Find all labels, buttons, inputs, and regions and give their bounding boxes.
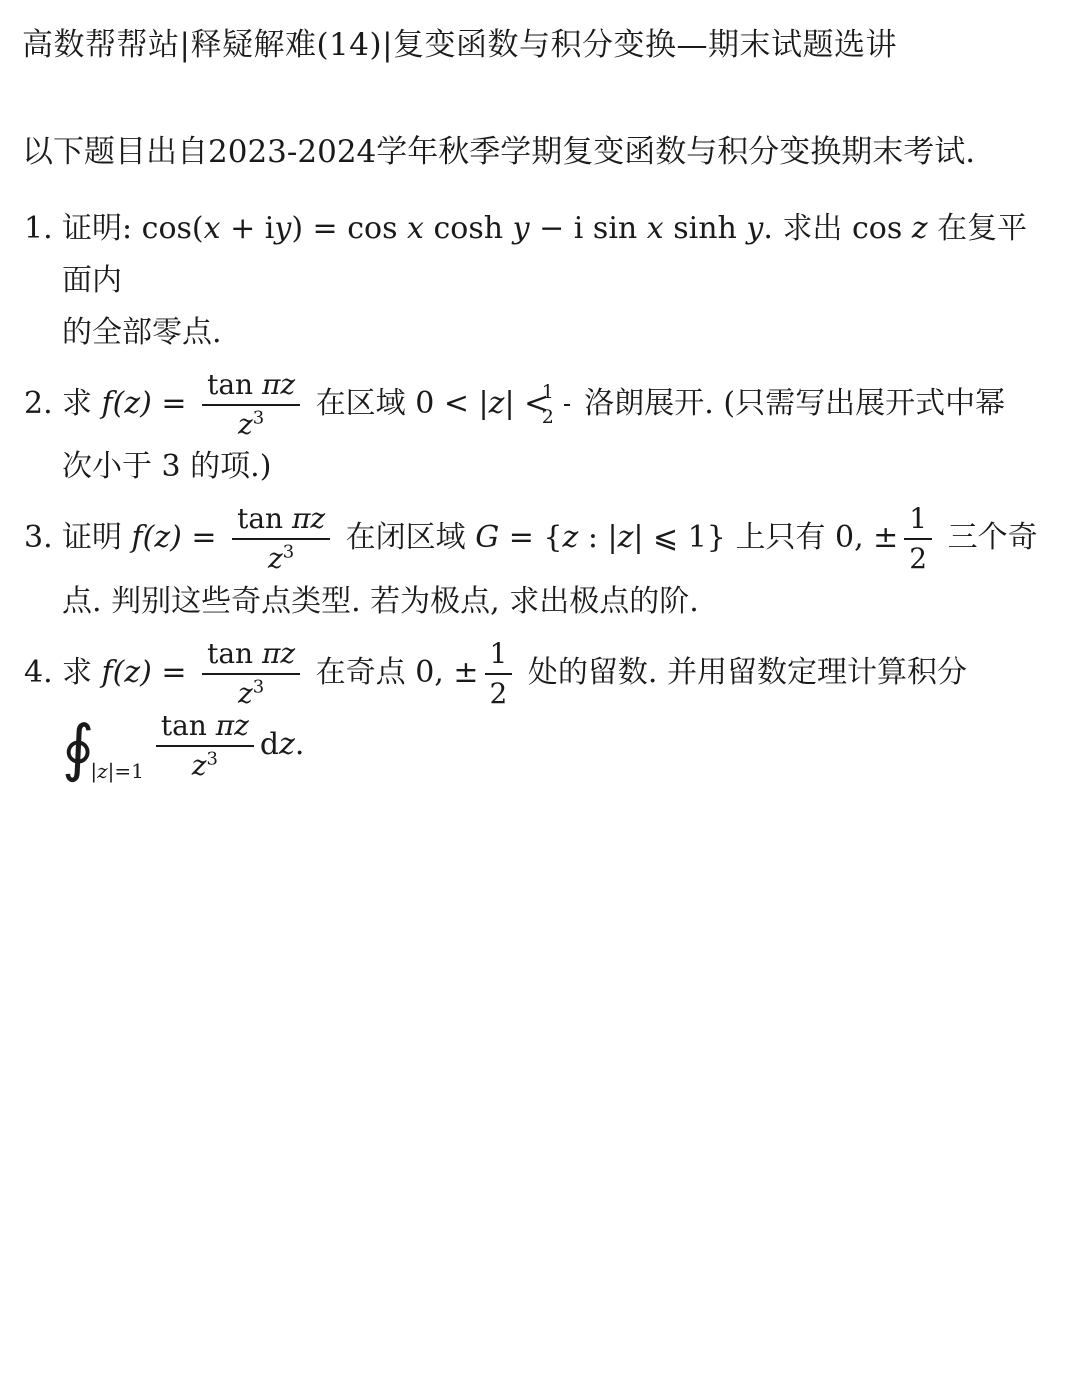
math-run: z bbox=[562, 520, 578, 555]
math-run: = bbox=[152, 386, 196, 421]
superscript-3: 3 bbox=[253, 676, 264, 697]
math-run: . bbox=[295, 727, 305, 762]
fraction-numerator: tan πz bbox=[232, 503, 330, 540]
math-run: z bbox=[97, 759, 108, 783]
math-run: | ⩽ 1} bbox=[633, 520, 726, 555]
problem-4: 4.求 f(z) = tan πzz3 在奇点 0, ±12 处的留数. 并用留… bbox=[24, 638, 1042, 783]
fraction-tan-piz-over-z3: tan πzz3 bbox=[156, 710, 254, 782]
math-run: tan bbox=[237, 502, 292, 535]
math-run: πz bbox=[216, 709, 249, 742]
math-run: + i bbox=[221, 211, 275, 246]
math-run: tan bbox=[207, 368, 262, 401]
text-run: 在闭区域 bbox=[336, 520, 475, 555]
math-run: πz bbox=[262, 368, 295, 401]
fraction-tan-piz-over-z3: tan πzz3 bbox=[202, 638, 300, 710]
math-run: z bbox=[912, 211, 928, 246]
document-page: 高数帮帮站|释疑解难(14)|复变函数与积分变换—期末试题选讲 以下题目出自20… bbox=[0, 0, 1080, 1397]
fraction-denominator: z3 bbox=[156, 747, 254, 782]
problem-1-line-2: 的全部零点. bbox=[62, 307, 1042, 359]
math-run: cos( bbox=[142, 211, 204, 246]
text-run: 证明: bbox=[62, 211, 142, 246]
problem-3-number: 3. bbox=[24, 512, 62, 564]
fraction-numerator: 1 bbox=[485, 638, 513, 675]
fraction-tan-piz-over-z3: tan πzz3 bbox=[232, 503, 330, 575]
text-run: 的全部零点. bbox=[62, 315, 222, 350]
fraction-denominator: z3 bbox=[202, 675, 300, 710]
problem-4-number: 4. bbox=[24, 647, 62, 699]
text-run: 证明 bbox=[62, 520, 132, 555]
problem-2-line-2: 次小于 3 的项.) bbox=[62, 441, 1042, 493]
problem-2-line-1: 2.求 f(z) = tan πzz3 在区域 0 < |z| < 12 洛朗展… bbox=[62, 369, 1042, 441]
fraction-denominator: 2 bbox=[564, 406, 570, 428]
problem-1: 1.证明: cos(x + iy) = cos x cosh y − i sin… bbox=[24, 203, 1042, 359]
math-run: z bbox=[268, 542, 283, 575]
math-run: = bbox=[182, 520, 226, 555]
math-run: y bbox=[274, 211, 291, 246]
text-run: 在区域 bbox=[306, 386, 415, 421]
problem-4-line-2: ∮|z|=1tan πzz3dz. bbox=[62, 710, 1042, 782]
math-run: 0, ± bbox=[415, 655, 478, 690]
fraction-numerator: 1 bbox=[904, 503, 932, 540]
math-run: x bbox=[407, 211, 433, 246]
fraction-denominator: z3 bbox=[232, 540, 330, 575]
math-run: tan bbox=[207, 637, 262, 670]
math-run: x bbox=[204, 211, 221, 246]
problem-2-number: 2. bbox=[24, 378, 62, 430]
page-title: 高数帮帮站|释疑解难(14)|复变函数与积分变换—期末试题选讲 bbox=[22, 24, 1042, 67]
problem-1-number: 1. bbox=[24, 203, 62, 255]
fraction-numerator: tan πz bbox=[156, 710, 254, 747]
math-run: f(z) bbox=[102, 386, 152, 421]
text-run: 处的留数. 并用留数定理计算积分 bbox=[518, 655, 967, 690]
fraction-numerator: tan πz bbox=[202, 369, 300, 406]
fraction-one-half: 12 bbox=[485, 638, 513, 710]
text-run: 求出 bbox=[782, 211, 852, 246]
math-run: z bbox=[238, 408, 253, 441]
math-run: . bbox=[763, 211, 782, 246]
problem-3-line-2: 点. 判别这些奇点类型. 若为极点, 求出极点的阶. bbox=[62, 576, 1042, 628]
math-run: 0 < | bbox=[415, 386, 488, 421]
math-run: = { bbox=[499, 520, 562, 555]
problem-3-line-1: 3.证明 f(z) = tan πzz3 在闭区域 G = {z : |z| ⩽… bbox=[62, 503, 1042, 575]
text-run: 点. 判别这些奇点类型. 若为极点, 求出极点的阶. bbox=[62, 584, 699, 619]
fraction-denominator: z3 bbox=[202, 406, 300, 441]
text-run: 次小于 3 的项.) bbox=[62, 449, 271, 484]
superscript-3: 3 bbox=[253, 408, 264, 429]
problem-3: 3.证明 f(z) = tan πzz3 在闭区域 G = {z : |z| ⩽… bbox=[24, 503, 1042, 627]
math-run: y bbox=[746, 211, 763, 246]
math-run: πz bbox=[262, 637, 295, 670]
problem-4-line-1: 4.求 f(z) = tan πzz3 在奇点 0, ±12 处的留数. 并用留… bbox=[62, 638, 1042, 710]
math-run: : | bbox=[578, 520, 617, 555]
math-run: − i sin bbox=[530, 211, 647, 246]
fraction-denominator: 2 bbox=[485, 675, 513, 710]
fraction-numerator: 1 bbox=[564, 382, 570, 406]
problem-list: 1.证明: cos(x + iy) = cos x cosh y − i sin… bbox=[22, 203, 1042, 783]
intro-text: 以下题目出自2023-2024学年秋季学期复变函数与积分变换期末考试. bbox=[22, 131, 1042, 174]
math-run: z bbox=[618, 520, 634, 555]
math-run: |=1 bbox=[108, 759, 144, 783]
fraction-tan-piz-over-z3: tan πzz3 bbox=[202, 369, 300, 441]
math-run: πz bbox=[292, 502, 325, 535]
text-run: 在奇点 bbox=[306, 655, 415, 690]
math-run: G bbox=[475, 520, 499, 555]
problem-2: 2.求 f(z) = tan πzz3 在区域 0 < |z| < 12 洛朗展… bbox=[24, 369, 1042, 493]
math-run: f(z) bbox=[102, 655, 152, 690]
fraction-denominator: 2 bbox=[904, 540, 932, 575]
math-run: z bbox=[192, 749, 207, 782]
fraction-one-half-small: 12 bbox=[564, 382, 570, 428]
math-run: sinh bbox=[673, 211, 746, 246]
math-run: z bbox=[279, 727, 295, 762]
math-run: 0, ± bbox=[835, 520, 898, 555]
integral-subscript: |z|=1 bbox=[90, 759, 144, 783]
math-run: x bbox=[647, 211, 673, 246]
math-run: cosh bbox=[434, 211, 513, 246]
math-run: ) = cos bbox=[291, 211, 407, 246]
superscript-3: 3 bbox=[283, 542, 294, 563]
text-run: 求 bbox=[62, 655, 102, 690]
math-run: tan bbox=[161, 709, 216, 742]
text-run: 三个奇 bbox=[938, 520, 1038, 555]
math-run: y bbox=[513, 211, 530, 246]
problem-1-line-1: 1.证明: cos(x + iy) = cos x cosh y − i sin… bbox=[62, 203, 1042, 307]
math-run: z bbox=[238, 677, 253, 710]
math-run: z bbox=[489, 386, 505, 421]
math-run: = bbox=[152, 655, 196, 690]
math-run: cos bbox=[852, 211, 912, 246]
text-run: 上只有 bbox=[726, 520, 835, 555]
fraction-one-half: 12 bbox=[904, 503, 932, 575]
text-run: 洛朗展开. (只需写出展开式中幂 bbox=[575, 386, 1005, 421]
superscript-3: 3 bbox=[207, 749, 218, 770]
math-run: f(z) bbox=[132, 520, 182, 555]
fraction-numerator: tan πz bbox=[202, 638, 300, 675]
math-run: d bbox=[260, 727, 279, 762]
text-run: 求 bbox=[62, 386, 102, 421]
